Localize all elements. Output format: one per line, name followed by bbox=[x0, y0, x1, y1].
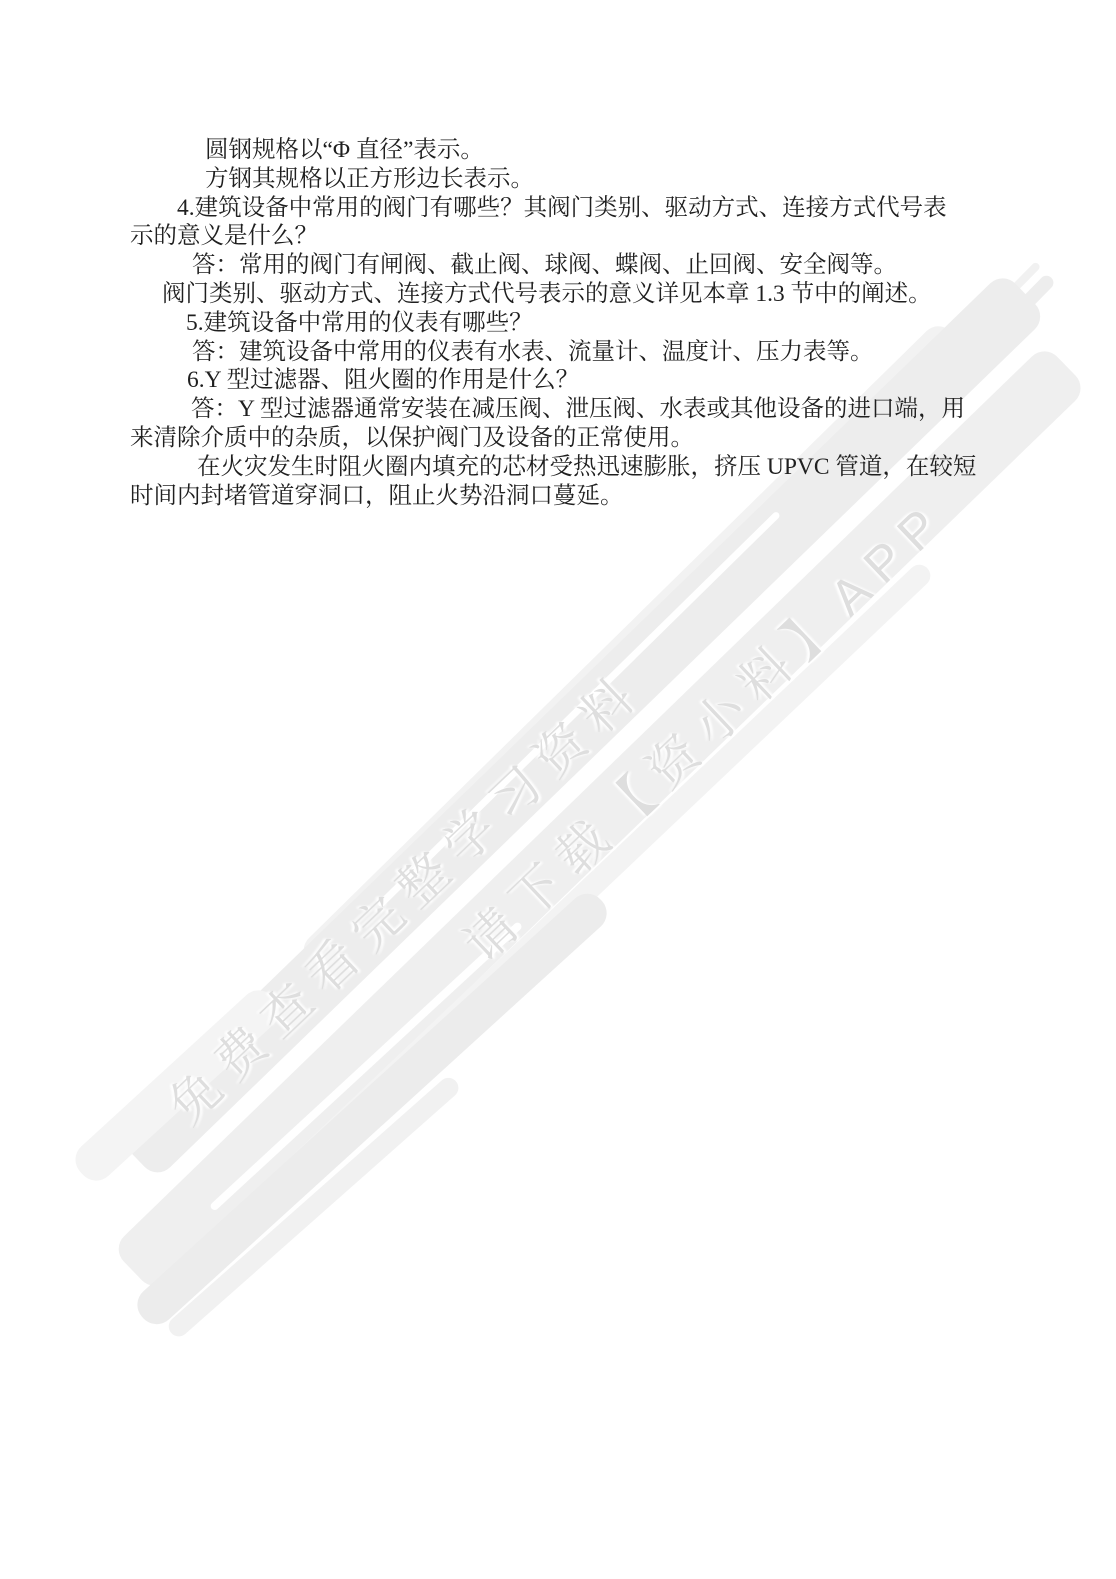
text-line: 在火灾发生时阻火圈内填充的芯材受热迅速膨胀，挤压 UPVC 管道，在较短 bbox=[130, 453, 950, 482]
text-line: 阀门类别、驱动方式、连接方式代号表示的意义详见本章 1.3 节中的阐述。 bbox=[130, 280, 950, 309]
watermark-brush-gap bbox=[377, 511, 781, 909]
watermark-brush-stroke bbox=[68, 983, 287, 1188]
watermark-brush-stroke bbox=[136, 560, 935, 1319]
watermark-brush-gap bbox=[209, 921, 523, 1212]
text-line: 时间内封堵管道穿洞口，阻止火势沿洞口蔓延。 bbox=[130, 482, 950, 511]
text-line: 来清除介质中的杂质，以保护阀门及设备的正常使用。 bbox=[130, 424, 950, 453]
text-line: 圆钢规格以“Φ 直径”表示。 bbox=[130, 136, 950, 165]
watermark-brush-stroke bbox=[130, 886, 614, 1331]
text-line: 示的意义是什么？ bbox=[130, 222, 950, 251]
text-line: 6.Y 型过滤器、阻火圈的作用是什么？ bbox=[130, 366, 950, 395]
text-line: 方钢其规格以正方形边长表示。 bbox=[130, 165, 950, 194]
text-line: 5.建筑设备中常用的仪表有哪些？ bbox=[130, 309, 950, 338]
text-line: 答：常用的阀门有闸阀、截止阀、球阀、蝶阀、止回阀、安全阀等。 bbox=[130, 251, 950, 280]
text-line: 答：建筑设备中常用的仪表有水表、流量计、温度计、压力表等。 bbox=[130, 338, 950, 367]
document-page: 免费查看完整学习资料 请下载【资小料】APP 圆钢规格以“Φ 直径”表示。 方钢… bbox=[0, 0, 1116, 1579]
text-line: 4.建筑设备中常用的阀门有哪些？其阀门类别、驱动方式、连接方式代号表 bbox=[130, 194, 950, 223]
text-block: 圆钢规格以“Φ 直径”表示。 方钢其规格以正方形边长表示。 4.建筑设备中常用的… bbox=[130, 136, 950, 510]
text-line: 答：Y 型过滤器通常安装在减压阀、泄压阀、水表或其他设备的进口端，用 bbox=[130, 395, 950, 424]
watermark-brush-stroke bbox=[165, 1074, 463, 1341]
watermark-line-1: 免费查看完整学习资料 bbox=[150, 652, 657, 1138]
watermark-line-2: 请下载【资小料】APP bbox=[445, 481, 961, 976]
